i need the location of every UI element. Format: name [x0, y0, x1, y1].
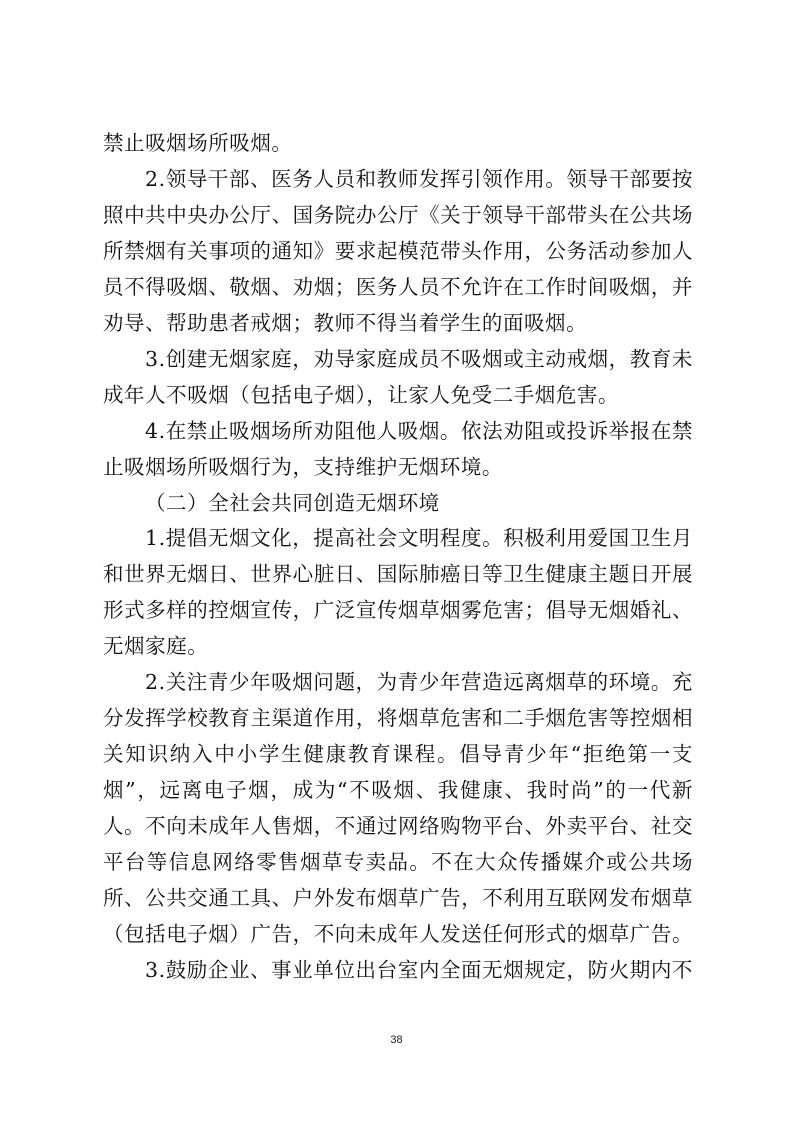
text-line: 2.领导干部、医务人员和教师发挥引领作用。领导干部要按	[103, 162, 693, 198]
text-line: 劝导、帮助患者戒烟；教师不得当着学生的面吸烟。	[103, 306, 693, 342]
text-line: 和世界无烟日、世界心脏日、国际肺癌日等卫生健康主题日开展	[103, 557, 693, 593]
text-line: 3.鼓励企业、事业单位出台室内全面无烟规定，防火期内不	[103, 953, 693, 989]
document-page: 禁止吸烟场所吸烟。 2.领导干部、医务人员和教师发挥引领作用。领导干部要按 照中…	[103, 126, 693, 989]
paragraph-smoke-free-family: 3.创建无烟家庭，劝导家庭成员不吸烟或主动戒烟，教育未 成年人不吸烟（包括电子烟…	[103, 342, 693, 414]
text-line: 4.在禁止吸烟场所劝阻他人吸烟。依法劝阻或投诉举报在禁	[103, 414, 693, 450]
paragraph-smoke-free-culture: 1.提倡无烟文化，提高社会文明程度。积极利用爱国卫生月 和世界无烟日、世界心脏日…	[103, 521, 693, 665]
text-line: 3.创建无烟家庭，劝导家庭成员不吸烟或主动戒烟，教育未	[103, 342, 693, 378]
text-line: 平台等信息网络零售烟草专卖品。不在大众传播媒介或公共场	[103, 845, 693, 881]
text-line: 照中共中央办公厅、国务院办公厅《关于领导干部带头在公共场	[103, 198, 693, 234]
section-heading: （二）全社会共同创造无烟环境	[103, 486, 693, 522]
text-line: 禁止吸烟场所吸烟。	[103, 126, 693, 162]
paragraph-youth-smoking: 2.关注青少年吸烟问题，为青少年营造远离烟草的环境。充 分发挥学校教育主渠道作用…	[103, 665, 693, 953]
page-number: 38	[0, 1034, 793, 1046]
text-line: 分发挥学校教育主渠道作用，将烟草危害和二手烟危害等控烟相	[103, 701, 693, 737]
text-line: 人。不向未成年人售烟，不通过网络购物平台、外卖平台、社交	[103, 809, 693, 845]
text-line: 止吸烟场所吸烟行为，支持维护无烟环境。	[103, 450, 693, 486]
paragraph-leaders-role: 2.领导干部、医务人员和教师发挥引领作用。领导干部要按 照中共中央办公厅、国务院…	[103, 162, 693, 342]
text-line: 2.关注青少年吸烟问题，为青少年营造远离烟草的环境。充	[103, 665, 693, 701]
text-line: 1.提倡无烟文化，提高社会文明程度。积极利用爱国卫生月	[103, 521, 693, 557]
paragraph-enterprise-rules: 3.鼓励企业、事业单位出台室内全面无烟规定，防火期内不	[103, 953, 693, 989]
text-line: 成年人不吸烟（包括电子烟），让家人免受二手烟危害。	[103, 378, 693, 414]
text-line: 烟”，远离电子烟，成为“不吸烟、我健康、我时尚”的一代新	[103, 773, 693, 809]
text-line: 员不得吸烟、敬烟、劝烟；医务人员不允许在工作时间吸烟，并	[103, 270, 693, 306]
text-line: 所、公共交通工具、户外发布烟草广告，不利用互联网发布烟草	[103, 881, 693, 917]
text-line: 形式多样的控烟宣传，广泛宣传烟草烟雾危害；倡导无烟婚礼、	[103, 593, 693, 629]
paragraph-continuation: 禁止吸烟场所吸烟。	[103, 126, 693, 162]
text-line: 所禁烟有关事项的通知》要求起模范带头作用，公务活动参加人	[103, 234, 693, 270]
text-line: 关知识纳入中小学生健康教育课程。倡导青少年“拒绝第一支	[103, 737, 693, 773]
text-line: （包括电子烟）广告，不向未成年人发送任何形式的烟草广告。	[103, 917, 693, 953]
text-line: 无烟家庭。	[103, 629, 693, 665]
paragraph-dissuade-smoking: 4.在禁止吸烟场所劝阻他人吸烟。依法劝阻或投诉举报在禁 止吸烟场所吸烟行为，支持…	[103, 414, 693, 486]
